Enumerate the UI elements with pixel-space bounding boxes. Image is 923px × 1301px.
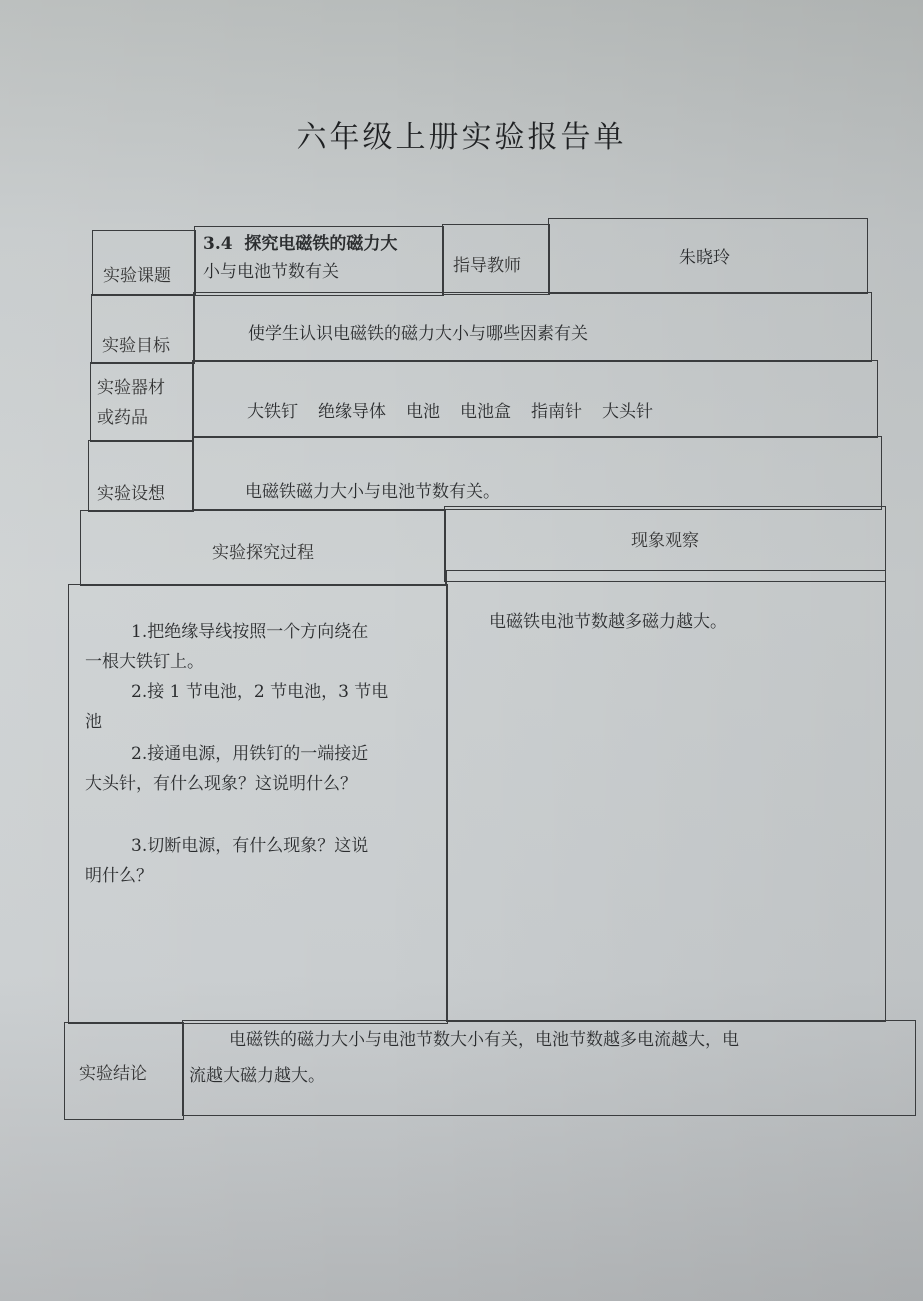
conclusion-label-cell: 实验结论 <box>64 1022 184 1120</box>
process-step-1-line1: 1.把绝缘导线按照一个方向绕在 <box>131 617 368 647</box>
observation-body-cell: 电磁铁电池节数越多磁力越大。 <box>446 570 886 1022</box>
process-step-4-line2: 明什么？ <box>85 861 153 891</box>
materials-list: 大铁钉 绝缘导体 电池 电池盒 指南针 大头针 <box>247 397 653 427</box>
topic-label: 实验课题 <box>103 261 171 291</box>
hypothesis-label: 实验设想 <box>97 479 165 509</box>
material-item: 大头针 <box>602 397 653 427</box>
process-step-2-line1: 2.接 1 节电池，2 节电池，3 节电 <box>131 677 388 707</box>
hypothesis-label-cell: 实验设想 <box>88 440 194 512</box>
goal-label-cell: 实验目标 <box>91 294 195 364</box>
goal-value-cell: 使学生认识电磁铁的磁力大小与哪些因素有关 <box>193 292 872 362</box>
observation-value: 电磁铁电池节数越多磁力越大。 <box>489 607 727 637</box>
teacher-name-cell: 朱晓玲 <box>548 218 868 294</box>
topic-value-cell: 3.4 探究电磁铁的磁力大 小与电池节数有关 <box>194 226 444 296</box>
process-body-cell: 1.把绝缘导线按照一个方向绕在 一根大铁钉上。 2.接 1 节电池，2 节电池，… <box>68 584 448 1024</box>
observation-header: 现象观察 <box>631 526 699 556</box>
materials-label-cell: 实验器材 或药品 <box>90 362 194 442</box>
hypothesis-value: 电磁铁磁力大小与电池节数有关。 <box>245 477 500 507</box>
process-step-2-line2: 池 <box>85 707 102 737</box>
process-step-3-line2: 大头针，有什么现象？这说明什么？ <box>85 769 357 799</box>
teacher-name: 朱晓玲 <box>679 243 730 273</box>
page-title: 六年级上册实验报告单 <box>0 112 923 156</box>
material-item: 指南针 <box>531 397 582 427</box>
conclusion-line1: 电磁铁的磁力大小与电池节数大小有关，电池节数越多电流越大，电 <box>229 1025 739 1055</box>
material-item: 电池盒 <box>460 397 511 427</box>
topic-label-cell: 实验课题 <box>92 230 196 296</box>
process-step-4-line1: 3.切断电源，有什么现象？这说 <box>131 831 368 861</box>
process-header-cell: 实验探究过程 <box>80 510 446 586</box>
topic-value-line1: 3.4 探究电磁铁的磁力大 <box>203 229 397 259</box>
conclusion-label: 实验结论 <box>79 1059 147 1089</box>
process-header: 实验探究过程 <box>212 538 314 568</box>
teacher-label: 指导教师 <box>453 251 521 281</box>
topic-value-line2: 小与电池节数有关 <box>203 257 339 287</box>
process-step-1-line2: 一根大铁钉上。 <box>85 647 204 677</box>
materials-label-line2: 或药品 <box>97 403 148 433</box>
material-item: 绝缘导体 <box>318 397 386 427</box>
conclusion-value-cell: 电磁铁的磁力大小与电池节数大小有关，电池节数越多电流越大，电 流越大磁力越大。 <box>182 1020 916 1116</box>
teacher-label-cell: 指导教师 <box>442 224 550 295</box>
goal-value: 使学生认识电磁铁的磁力大小与哪些因素有关 <box>248 319 588 349</box>
material-item: 电池 <box>406 397 440 427</box>
process-step-3-line1: 2.接通电源，用铁钉的一端接近 <box>131 739 368 769</box>
materials-value-cell: 大铁钉 绝缘导体 电池 电池盒 指南针 大头针 <box>192 360 878 438</box>
goal-label: 实验目标 <box>102 331 170 361</box>
conclusion-line2: 流越大磁力越大。 <box>189 1061 325 1091</box>
hypothesis-value-cell: 电磁铁磁力大小与电池节数有关。 <box>192 436 882 510</box>
materials-label-line1: 实验器材 <box>97 373 165 403</box>
material-item: 大铁钉 <box>247 397 298 427</box>
